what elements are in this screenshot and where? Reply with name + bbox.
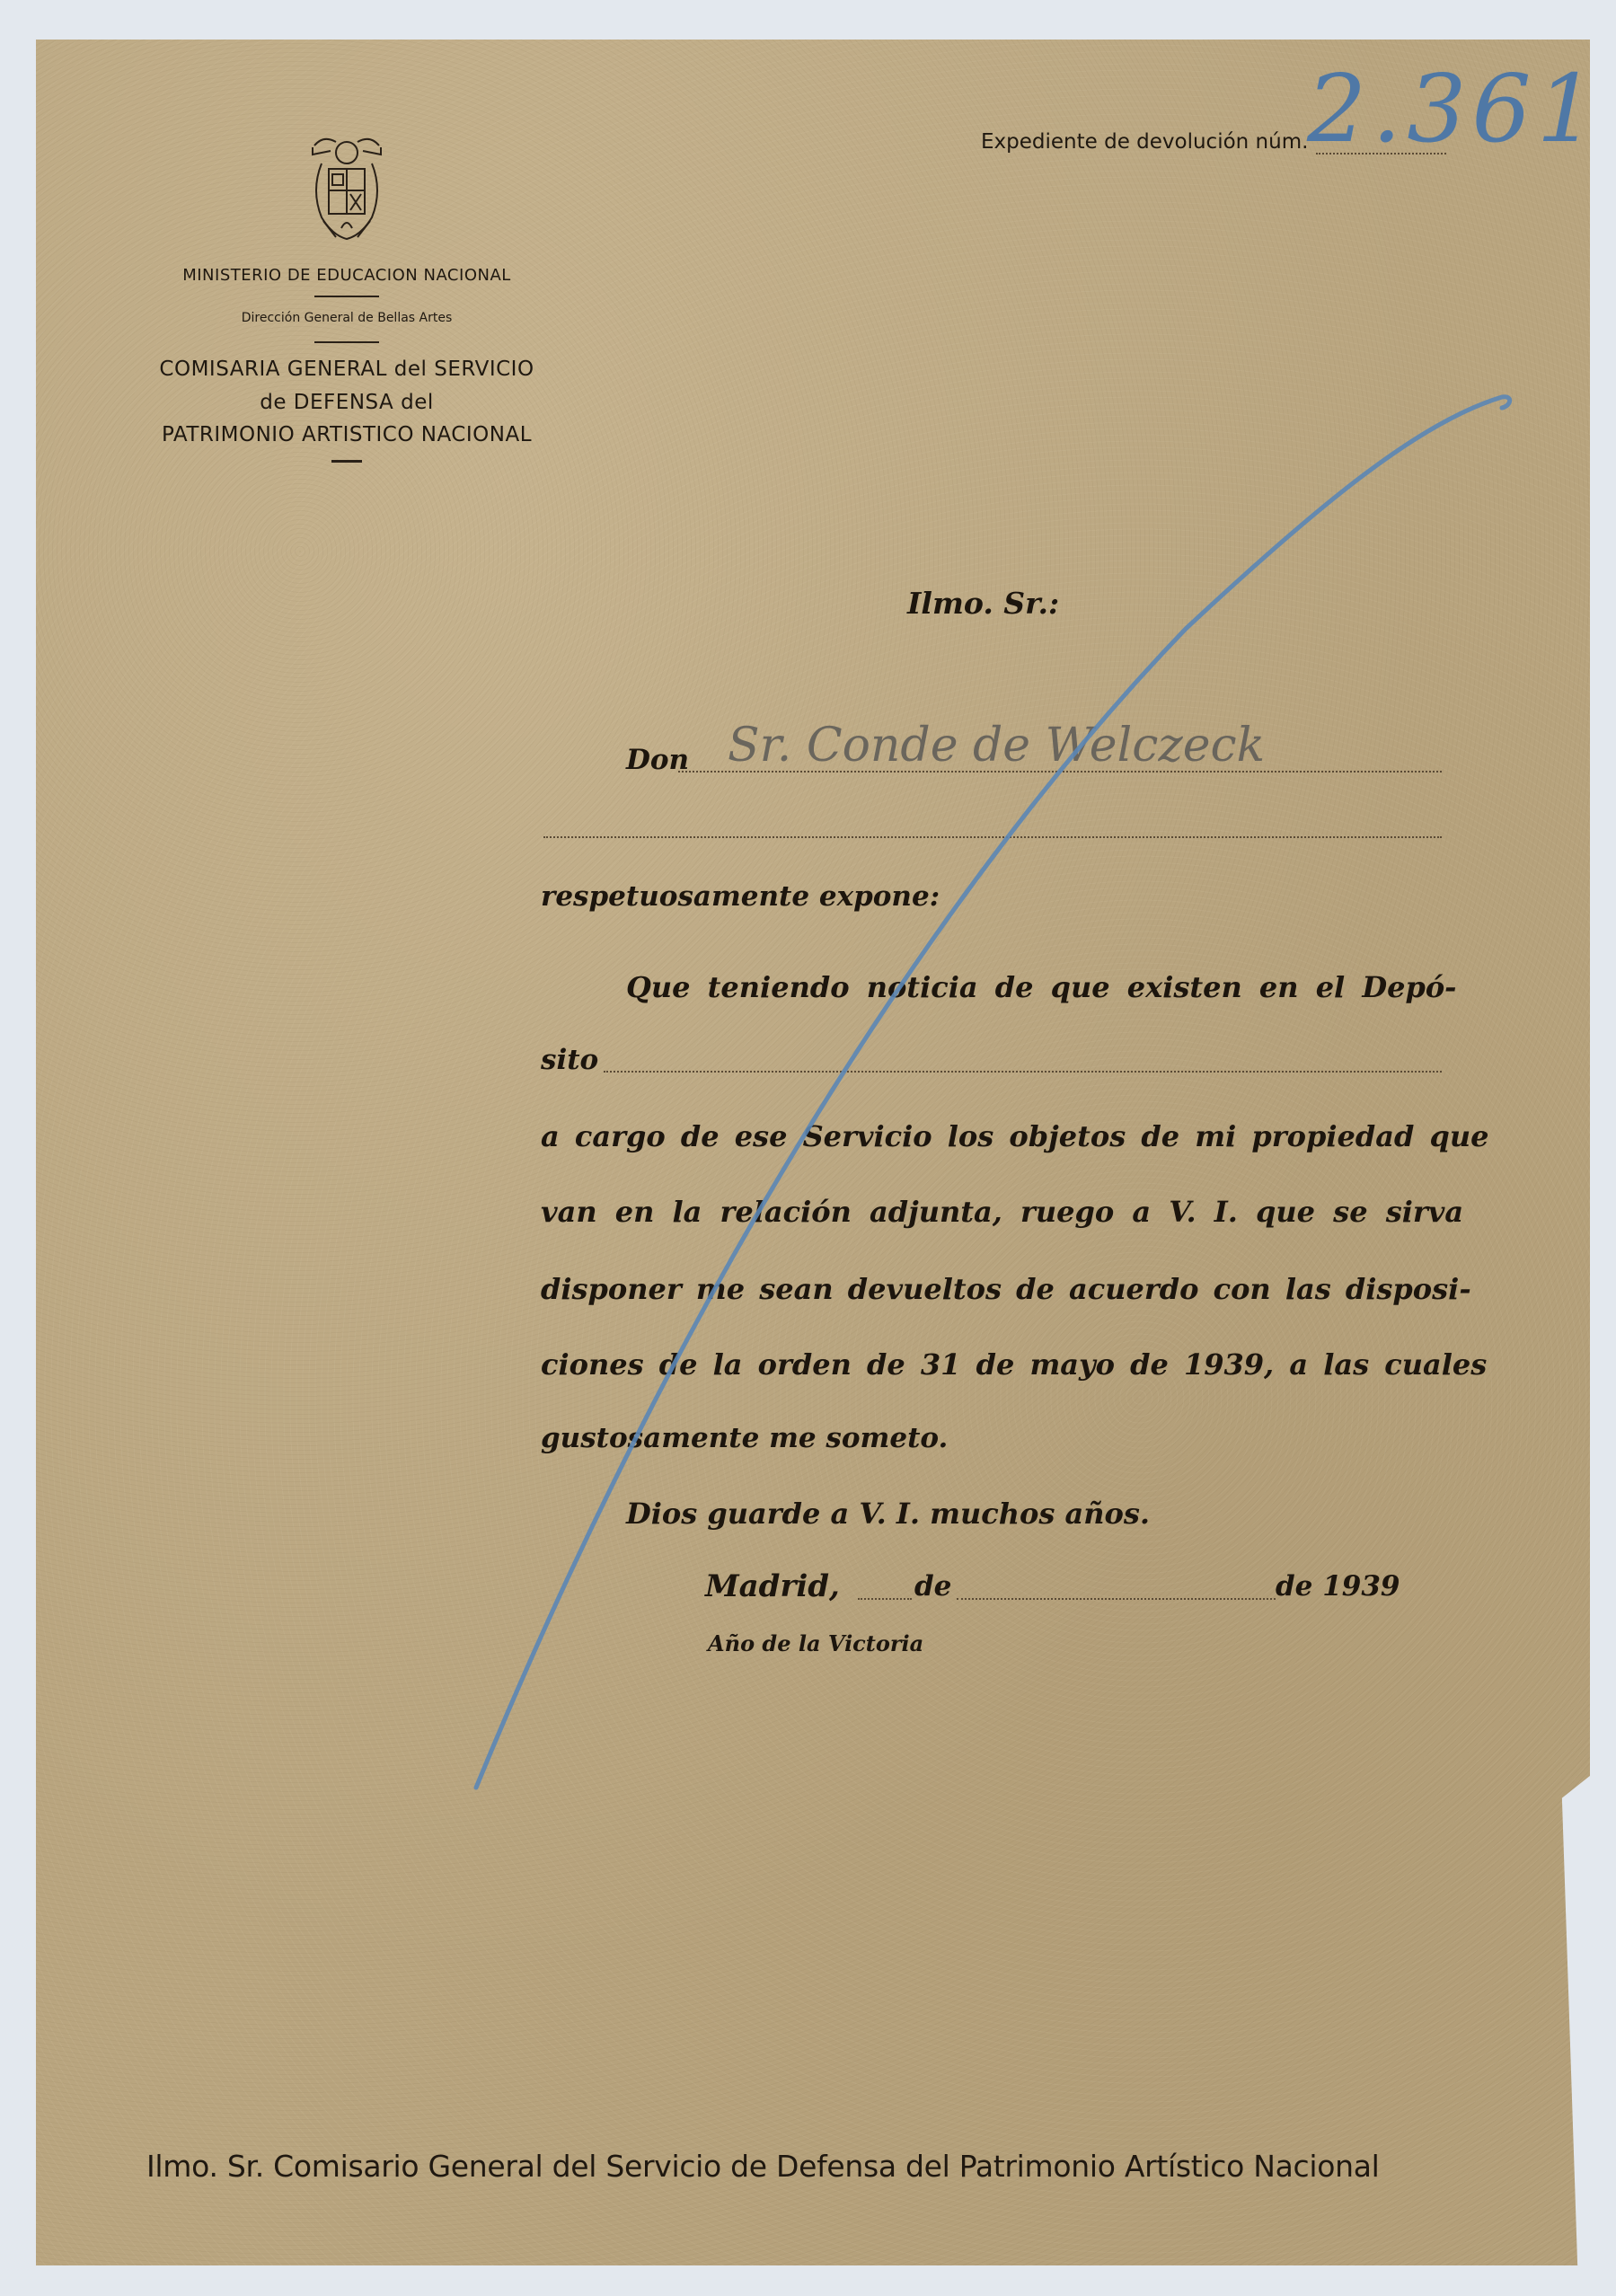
footer-addressee: Ilmo. Sr. Comisario General del Servicio… bbox=[146, 2149, 1380, 2184]
blue-pencil-strike bbox=[0, 0, 1616, 2296]
